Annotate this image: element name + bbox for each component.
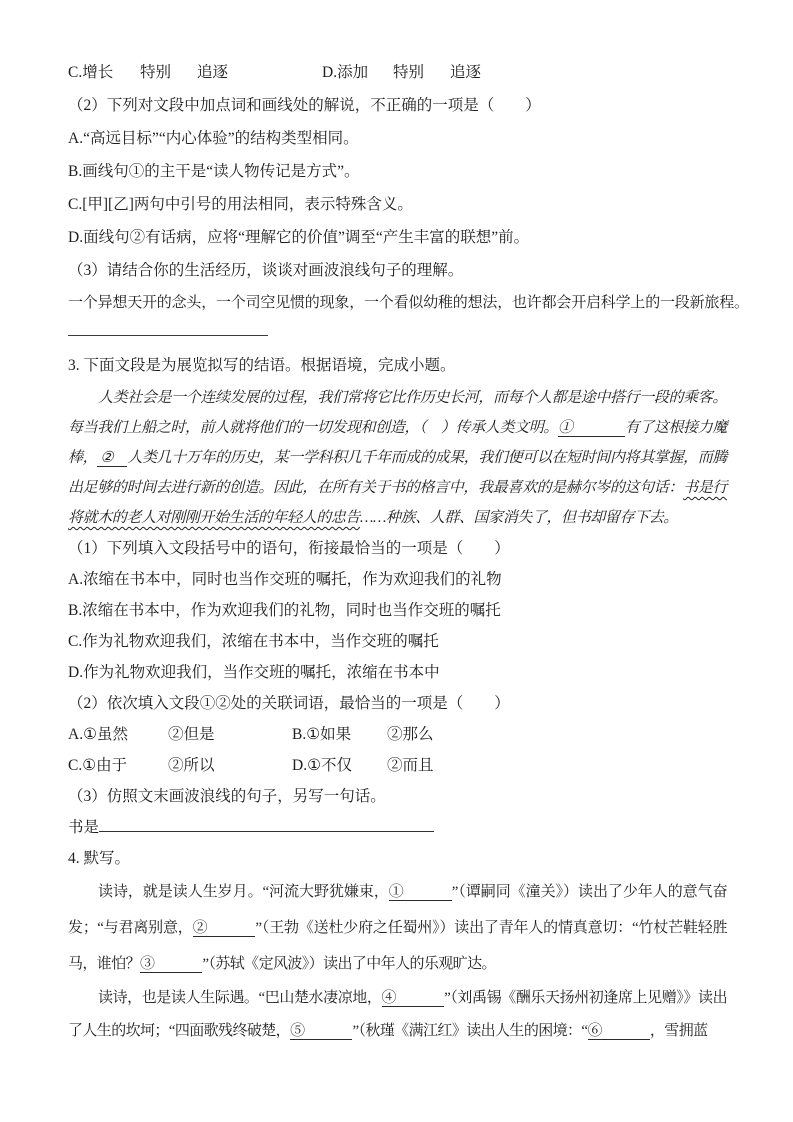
option-b-part-2: ②那么 [387,719,727,750]
question-2-section: C.增长 特别 追逐 D.添加 特别 追逐 （2）下列对文段中加点词和画线处的解… [68,56,727,336]
sub-question-2-stem: （2）下列对文段中加点词和画线处的解说，不正确的一项是（ ） [68,89,727,122]
sub-question-2-stem: （2）依次填入文段①②处的关联词语，最恰当的一项是（ ） [68,688,727,719]
circled-number-6: ⑥ [588,1023,602,1039]
question-4-section: 4. 默写。 读诗，就是读人生岁月。“河流大野犹嫌束，①”（谭嗣同《潼关》）读出… [68,843,727,1048]
passage-blank-2: ② [97,450,127,467]
option-d-label: D.添加 [322,56,393,89]
question-3-stem: 3. 下面文段是为展览拟写的结语。根据语境，完成小题。 [68,350,727,381]
imitation-answer-line: 书是 [68,812,727,843]
mc-option-a: A.“高远目标”“内心体验”的结构类型相同。 [68,122,727,155]
option-c-part-1: C.①由于 [68,750,168,781]
answer-blank-line [68,320,268,336]
circled-number-1: ① [389,884,404,900]
mc-option-b: B.浓缩在书本中，作为欢迎我们的礼物，同时也当作交班的嘱托 [68,595,727,626]
passage-blank-1: ① [558,420,625,437]
option-d-part-2: ②而且 [387,750,727,781]
question-4-stem: 4. 默写。 [68,843,727,874]
para2-text-1: 读诗，也是读人生际遇。“巴山楚水凄凉地， [98,990,382,1006]
dictation-blank-4: ④ [382,990,445,1007]
circled-number-1: ① [558,420,573,436]
mc-option-c: C.[甲][乙]两句中引号的用法相同，表示特殊含义。 [68,188,727,221]
option-c-word-2: 特别 [140,56,197,89]
option-a-part-2: ②但是 [168,719,292,750]
sub-question-1-stem: （1）下列填入文段括号中的语句，衔接最恰当的一项是（ ） [68,533,727,564]
circled-number-2: ② [193,920,208,936]
mc-option-c: C.作为礼物欢迎我们，浓缩在书本中，当作交班的嘱托 [68,626,727,657]
mc-option-d: D.面线句②有话病，应将“理解它的价值”调至“产生丰富的联想”前。 [68,221,727,254]
mc-option-b: B.画线句①的主干是“读人物传记是方式”。 [68,155,727,188]
option-c-label: C.增长 [68,56,140,89]
dictation-blank-6: ⑥ [588,1023,650,1040]
option-d-part-1: D.①不仅 [292,750,387,781]
option-d-word-3: 追逐 [450,56,727,89]
mc-option-d: D.作为礼物欢迎我们，当作交班的嘱托，浓缩在书本中 [68,657,727,688]
circled-number-4: ④ [382,990,397,1006]
conjunction-options-row-2: C.①由于 ②所以 D.①不仅 ②而且 [68,750,727,781]
passage-text-3: 人类几十万年的历史，某一学科积几千年而成的成果，我们便可以在短时间内将其掌握，而… [68,450,727,496]
dictation-blank-1: ① [389,884,452,901]
choice-row-cd: C.增长 特别 追逐 D.添加 特别 追逐 [68,56,727,89]
question-3-section: 3. 下面文段是为展览拟写的结语。根据语境，完成小题。 人类社会是一个连续发展的… [68,350,727,843]
conjunction-options-row-1: A.①虽然 ②但是 B.①如果 ②那么 [68,719,727,750]
sub-question-3-stem: （3）仿照文末画波浪线的句子，另写一句话。 [68,781,727,812]
para2-text-3: ”（秋瑾《满江红》读出人生的困境：“ [352,1023,587,1039]
passage-text-4: ……种族、人群、国家消失了，但书却留存下去。 [360,510,678,526]
dictation-blank-2: ② [193,920,256,937]
option-c-word-3: 追逐 [197,56,322,89]
option-b-part-1: B.①如果 [292,719,387,750]
answer-prefix: 书是 [68,819,99,836]
option-d-word-2: 特别 [393,56,450,89]
answer-blank-line [99,817,434,832]
dictation-paragraph-1: 读诗，就是读人生岁月。“河流大野犹嫌束，①”（谭嗣同《潼关》）读出了少年人的意气… [68,874,727,982]
option-a-part-1: A.①虽然 [68,719,168,750]
circled-number-5: ⑤ [290,1023,304,1039]
circled-number-2: ② [100,450,113,466]
dictation-blank-5: ⑤ [290,1023,352,1040]
option-c-part-2: ②所以 [168,750,292,781]
dictation-blank-3: ③ [140,956,202,973]
mc-option-a: A.浓缩在书本中，同时也当作交班的嘱托，作为欢迎我们的礼物 [68,564,727,595]
para2-text-4: ，雪拥蓝 [650,1023,708,1039]
para1-text-4: ”（苏轼《定风波》）读出了中年人的乐观旷达。 [202,956,495,972]
dictation-paragraph-2: 读诗，也是读人生际遇。“巴山楚水凄凉地，④”（刘禹锡《酬乐天扬州初逢席上见赠》》… [68,982,727,1048]
sub-question-3-stem: （3）请结合你的生活经历，谈谈对画波浪线句子的理解。 [68,254,727,287]
quoted-sentence: 一个异想天开的念头，一个司空见惯的现象，一个看似幼稚的想法，也许都会开启科学上的… [68,287,727,320]
circled-number-3: ③ [140,956,154,972]
exam-page: C.增长 特别 追逐 D.添加 特别 追逐 （2）下列对文段中加点词和画线处的解… [0,0,793,1122]
para1-text-1: 读诗，就是读人生岁月。“河流大野犹嫌束， [98,884,389,900]
question-3-passage: 人类社会是一个连续发展的过程，我们常将它比作历史长河，而每个人都是途中搭行一段的… [68,383,727,533]
